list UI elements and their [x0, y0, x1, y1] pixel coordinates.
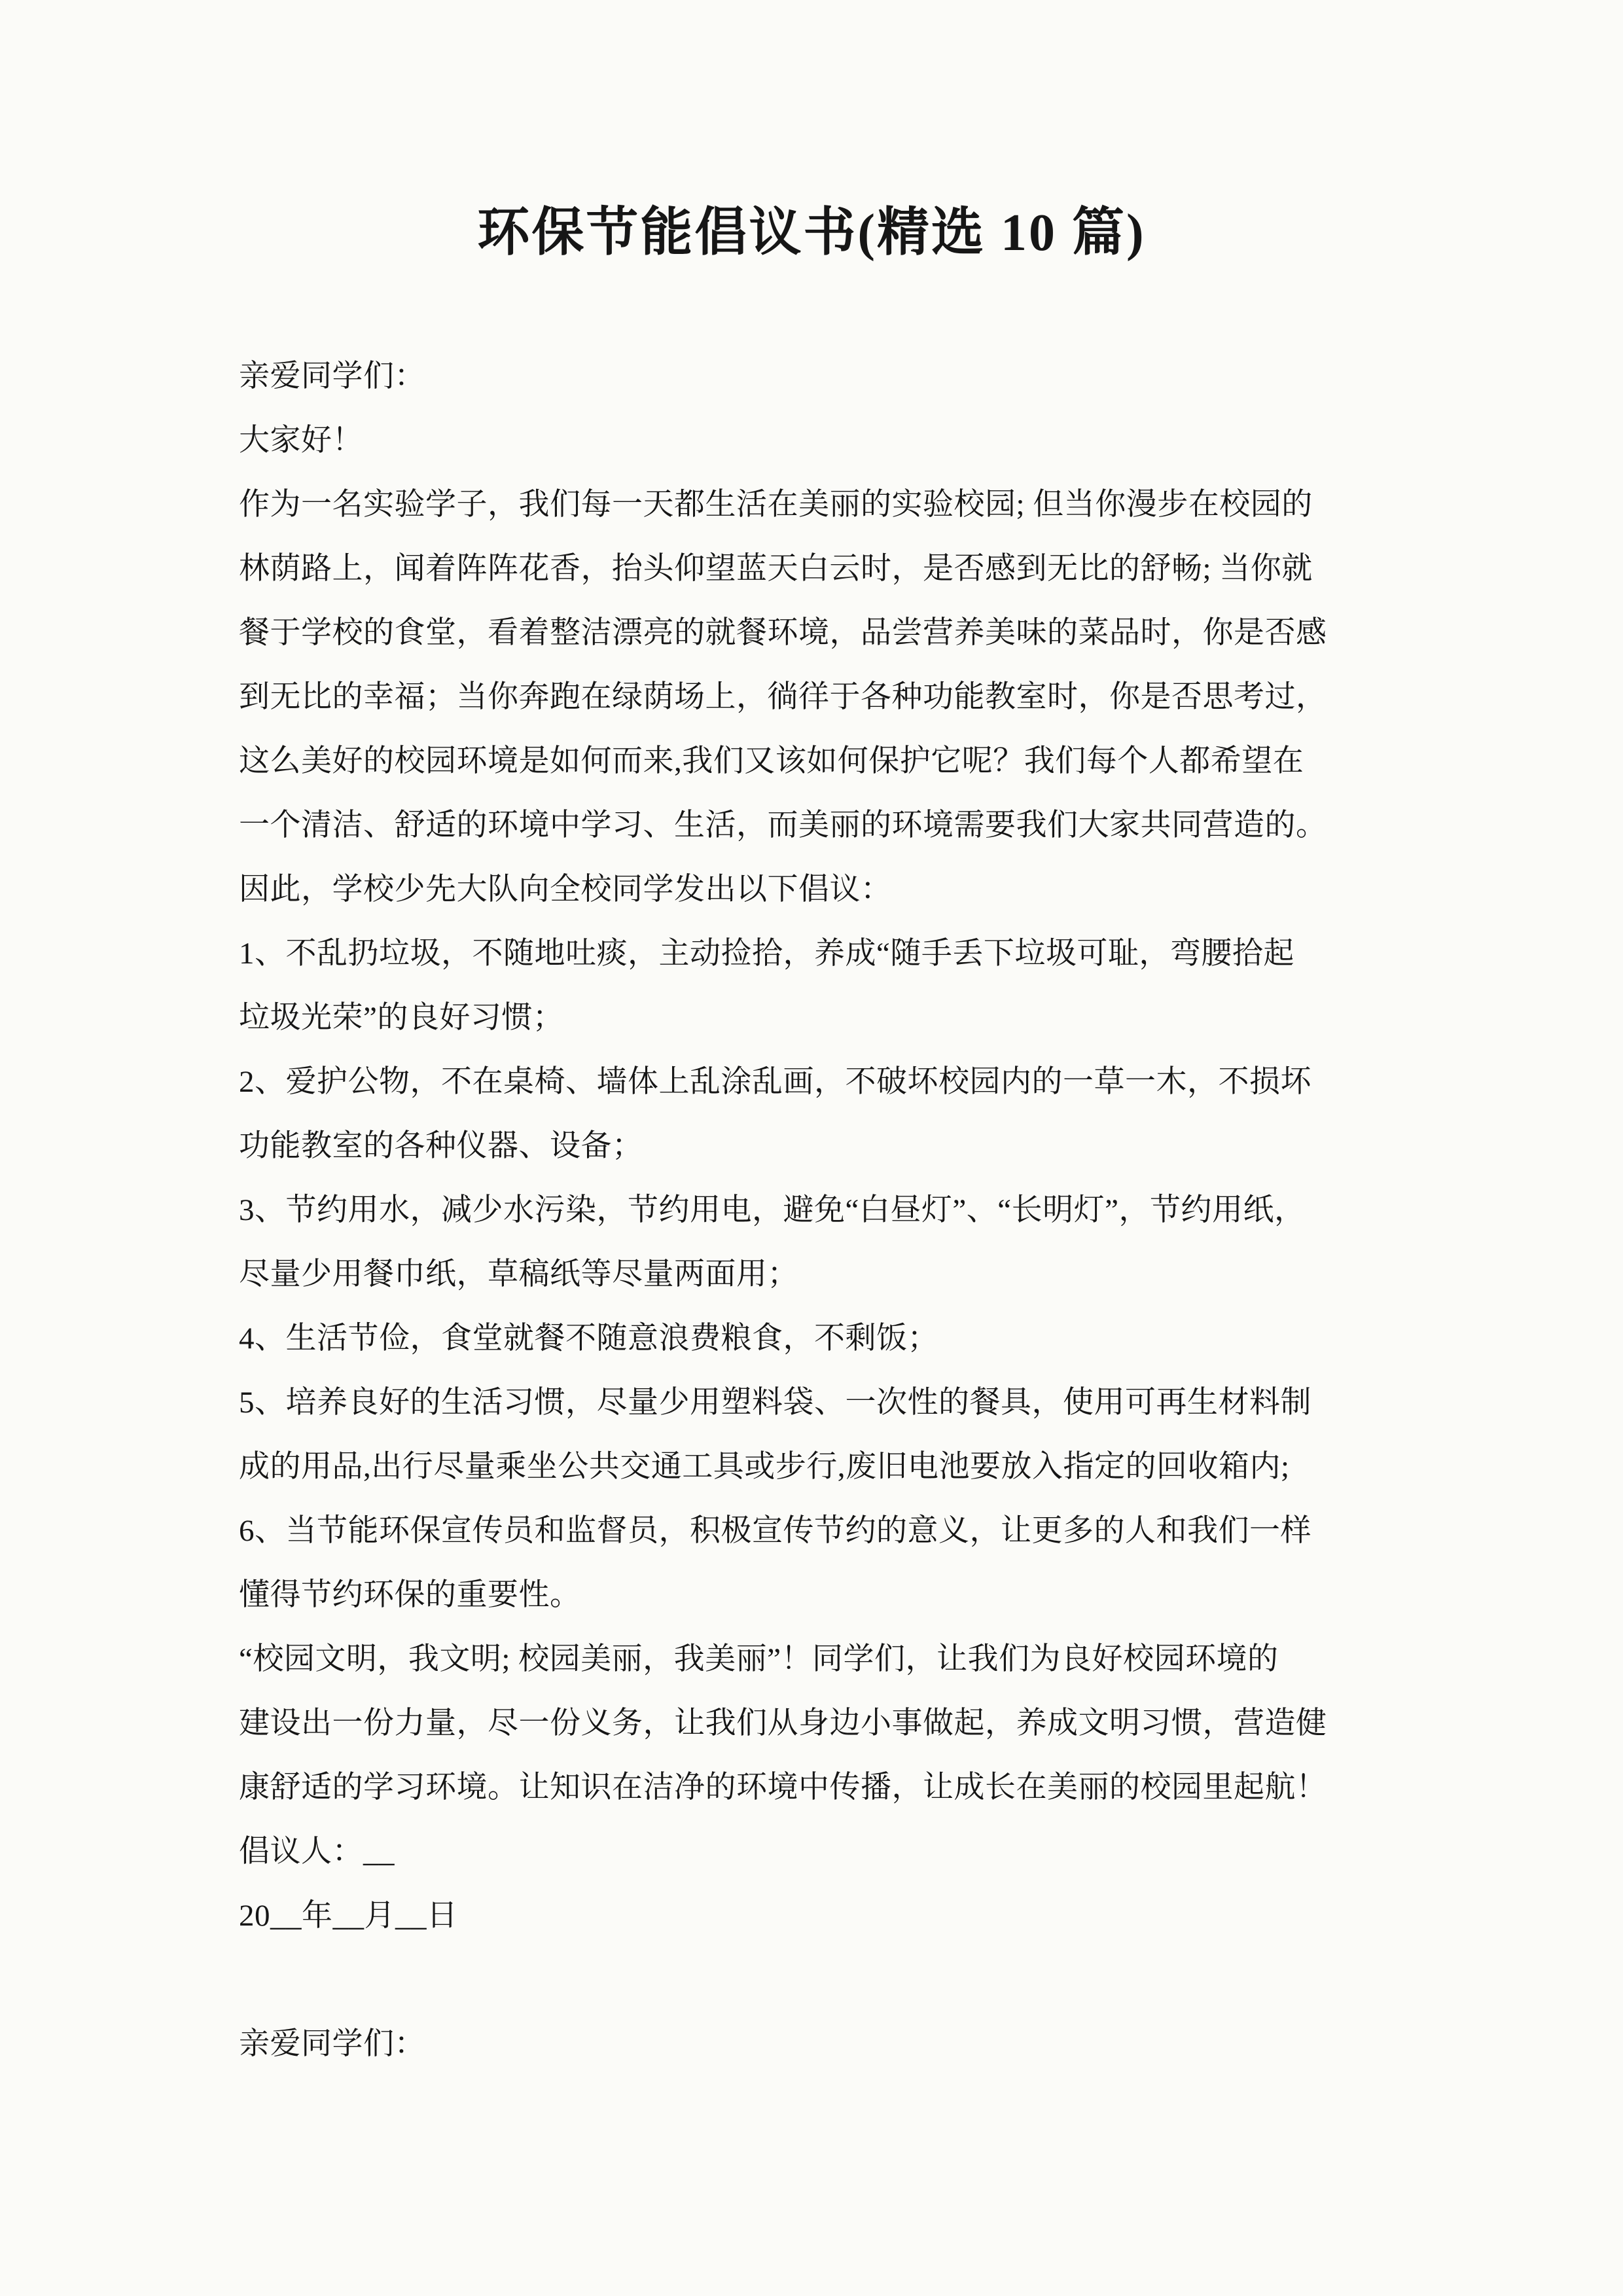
document-title: 环保节能倡议书(精选 10 篇) [0, 204, 1623, 262]
text-line-closing-cont: 康舒适的学习环境。让知识在洁净的环境中传播，让成长在美丽的校园里起航！ [239, 1755, 1400, 1820]
text-line-item-1-cont: 垃圾光荣”的良好习惯； [239, 986, 1400, 1050]
text-line-closing-cont: 建设出一份力量，尽一份义务，让我们从身边小事做起，养成文明习惯，营造健 [239, 1691, 1400, 1755]
text-line-item-3: 3、节约用水，减少水污染，节约用电，避免“白昼灯”、“长明灯”，节约用纸， [239, 1178, 1400, 1242]
text-line: 作为一名实验学子，我们每一天都生活在美丽的实验校园; 但当你漫步在校园的 [239, 473, 1400, 537]
text-line: 一个清洁、舒适的环境中学习、生活，而美丽的环境需要我们大家共同营造的。 [239, 793, 1400, 857]
text-line: 这么美好的校园环境是如何而来,我们又该如何保护它呢？我们每个人都希望在 [239, 729, 1400, 793]
text-line-item-6-cont: 懂得节约环保的重要性。 [239, 1563, 1400, 1627]
text-line-item-4: 4、生活节俭，食堂就餐不随意浪费粮食，不剩饭； [239, 1306, 1400, 1371]
document-page: 环保节能倡议书(精选 10 篇) 亲爱同学们： 大家好！ 作为一名实验学子，我们… [0, 0, 1623, 2296]
text-line-proposal-intro: 因此，学校少先大队向全校同学发出以下倡议： [239, 857, 1400, 922]
text-line-date: 20__年__月__日 [239, 1884, 1400, 1948]
text-line-item-2-cont: 功能教室的各种仪器、设备； [239, 1114, 1400, 1178]
text-line-blank [239, 1948, 1400, 2012]
text-line-item-5-cont: 成的用品,出行尽量乘坐公共交通工具或步行,废旧电池要放入指定的回收箱内; [239, 1435, 1400, 1499]
text-line-item-5: 5、培养良好的生活习惯，尽量少用塑料袋、一次性的餐具，使用可再生材料制 [239, 1371, 1400, 1435]
text-line: 餐于学校的食堂，看着整洁漂亮的就餐环境，品尝营养美味的菜品时，你是否感 [239, 601, 1400, 665]
text-line-salutation: 亲爱同学们： [239, 344, 1400, 408]
text-line-item-3-cont: 尽量少用餐巾纸，草稿纸等尽量两面用； [239, 1242, 1400, 1306]
document-body: 亲爱同学们： 大家好！ 作为一名实验学子，我们每一天都生活在美丽的实验校园; 但… [239, 344, 1400, 2076]
text-line-item-1: 1、不乱扔垃圾，不随地吐痰，主动捡拾，养成“随手丢下垃圾可耻，弯腰拾起 [239, 922, 1400, 986]
text-line-closing: “校园文明，我文明; 校园美丽，我美丽”！同学们，让我们为良好校园环境的 [239, 1627, 1400, 1691]
text-line-proposer: 倡议人：__ [239, 1820, 1400, 1884]
text-line-item-2: 2、爱护公物，不在桌椅、墙体上乱涂乱画，不破坏校园内的一草一木，不损坏 [239, 1050, 1400, 1114]
text-line-item-6: 6、当节能环保宣传员和监督员，积极宣传节约的意义，让更多的人和我们一样 [239, 1499, 1400, 1563]
text-line: 林荫路上，闻着阵阵花香，抬头仰望蓝天白云时，是否感到无比的舒畅; 当你就 [239, 537, 1400, 601]
text-line: 到无比的幸福；当你奔跑在绿荫场上，徜徉于各种功能教室时，你是否思考过， [239, 665, 1400, 729]
text-line-salutation-2: 亲爱同学们： [239, 2012, 1400, 2076]
text-line-greeting: 大家好！ [239, 408, 1400, 473]
